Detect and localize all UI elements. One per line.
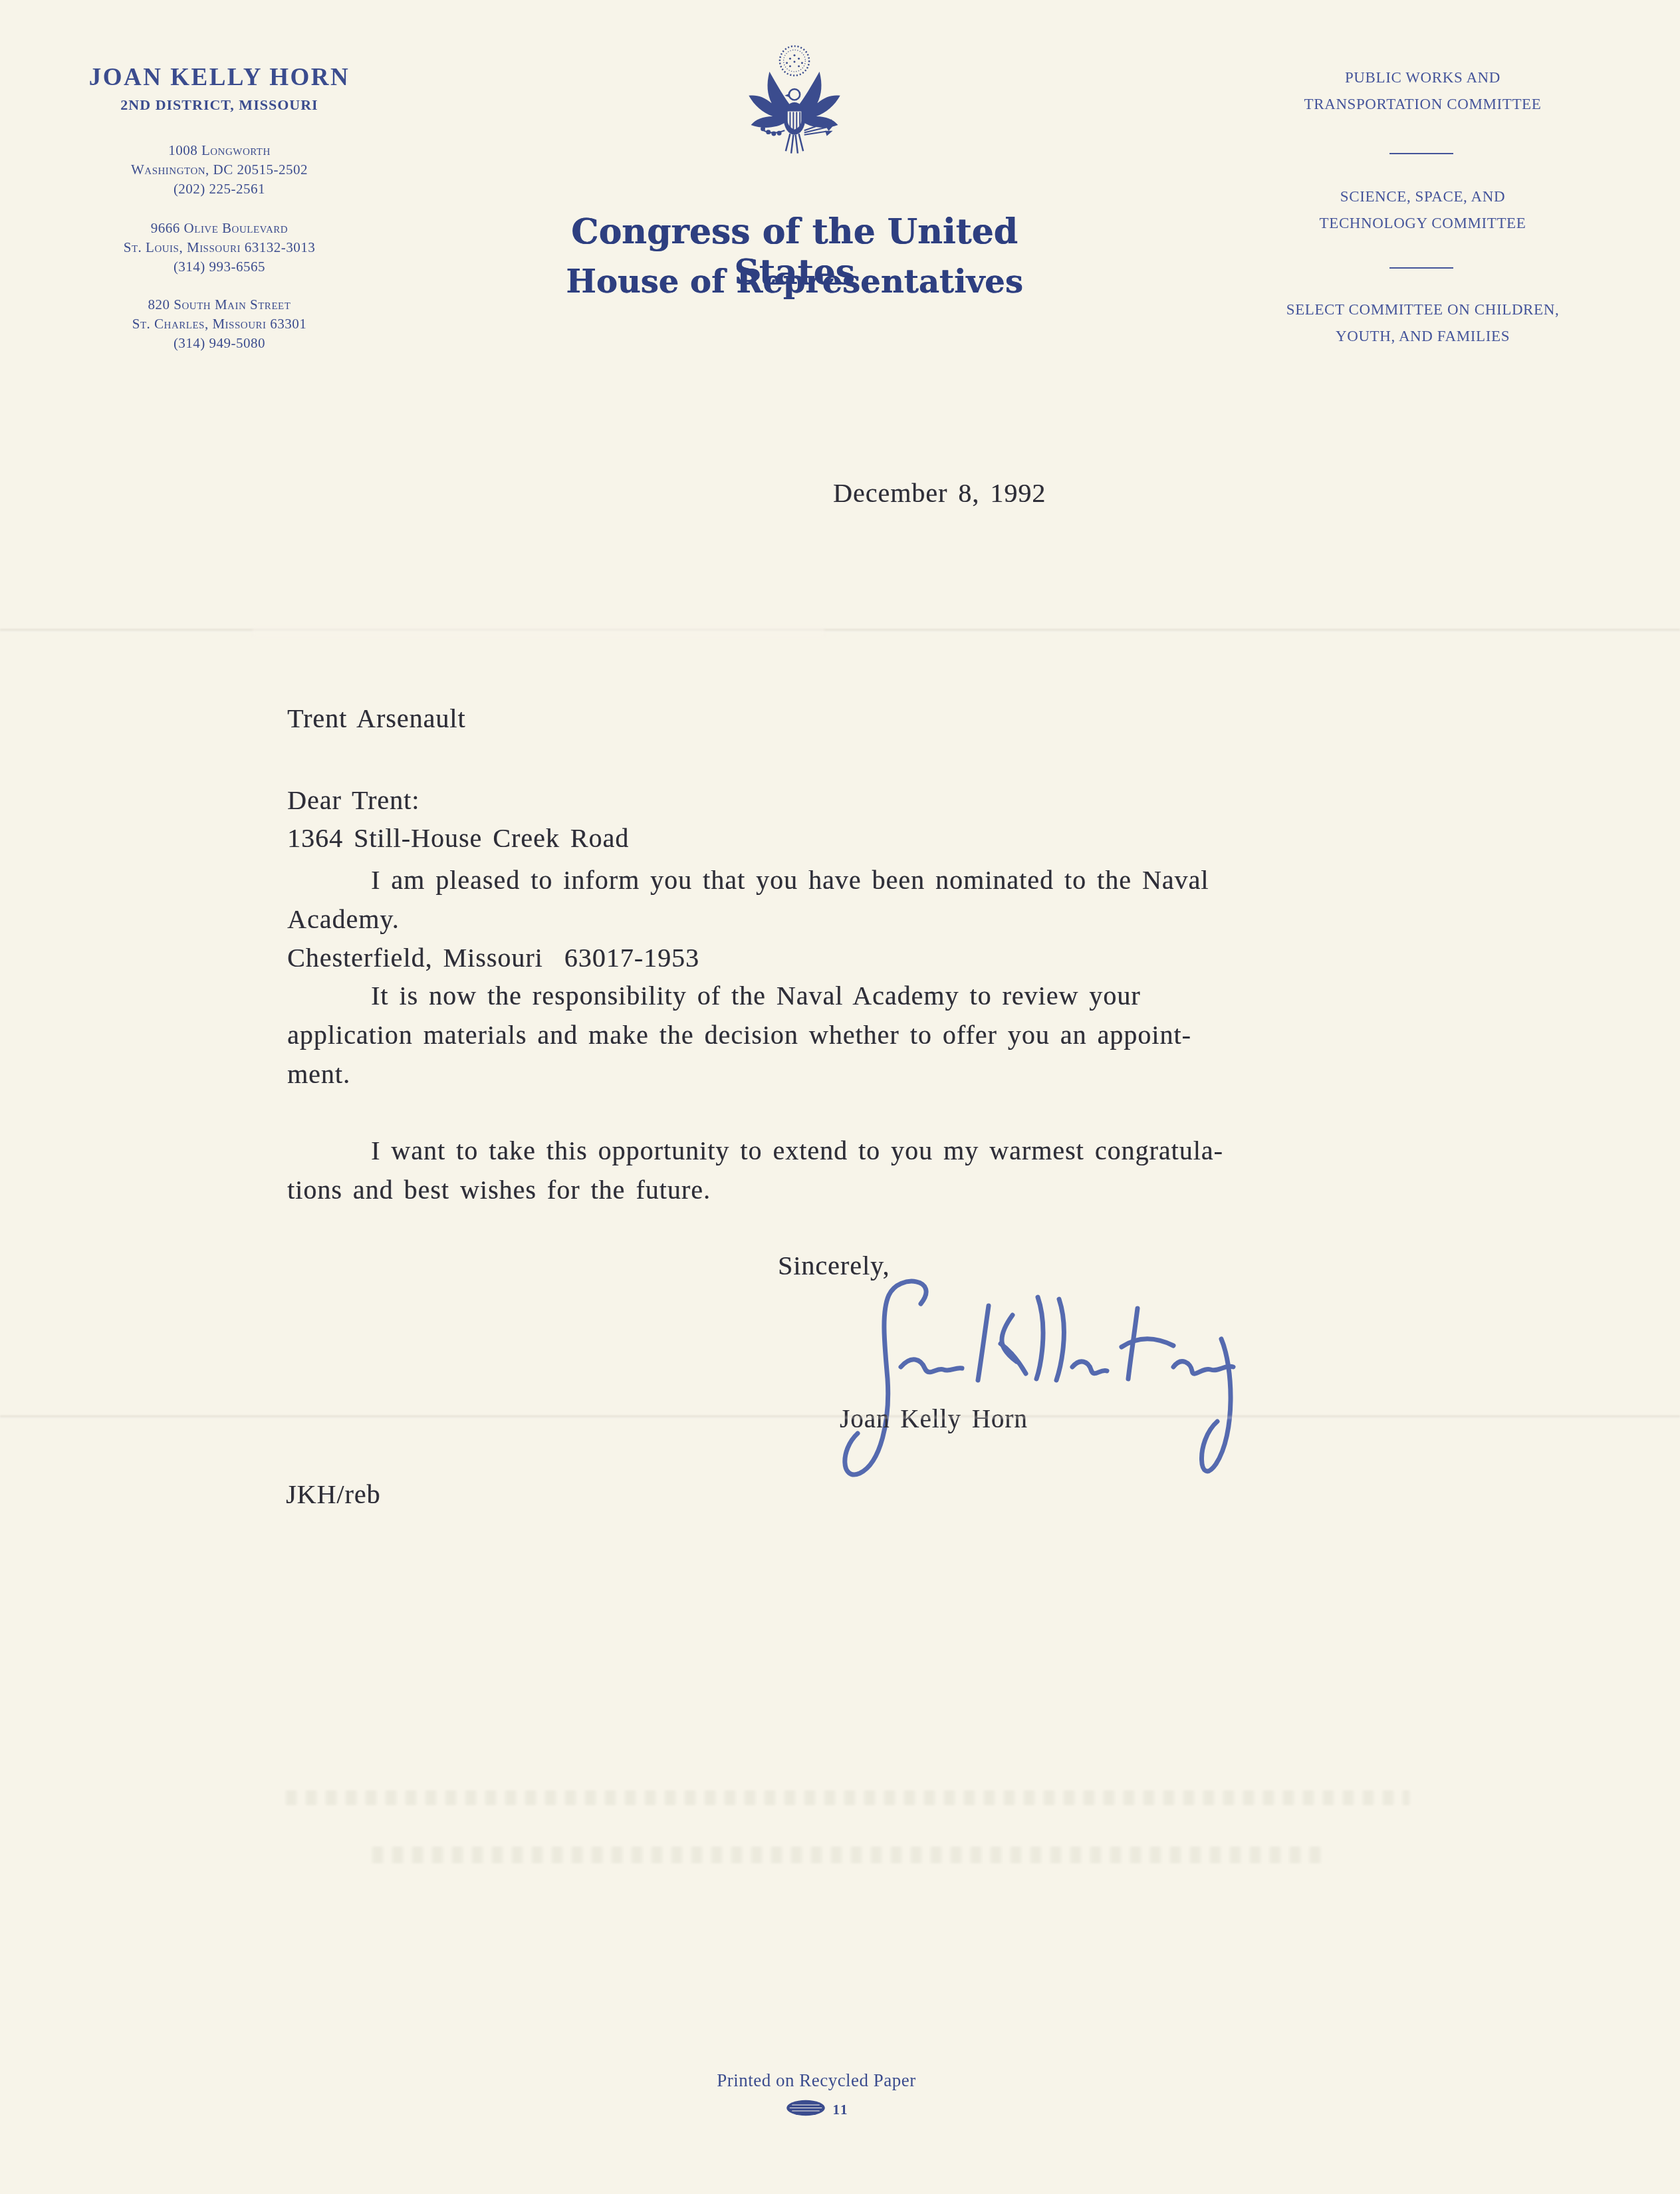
body-line: Academy. <box>287 900 1342 939</box>
recycled-paper-text: Printed on Recycled Paper <box>630 2070 1003 2091</box>
recipient-name: Trent Arsenault <box>287 699 699 739</box>
body-line: It is now the responsibility of the Nava… <box>287 976 1342 1015</box>
committee-divider <box>1389 153 1453 154</box>
body-line: tions and best wishes for the future. <box>287 1170 1342 1209</box>
body-line: I am pleased to inform you that you have… <box>287 860 1342 900</box>
recipient-street: 1364 Still-House Creek Road <box>287 818 699 858</box>
union-bug-icon <box>784 2099 827 2120</box>
bleed-through-band <box>372 1846 1323 1863</box>
committee-line: SCIENCE, SPACE, AND <box>1190 183 1655 210</box>
body-line: I want to take this opportunity to exten… <box>287 1131 1342 1170</box>
office-line: (314) 949-5080 <box>40 334 399 353</box>
committee-line: PUBLIC WORKS AND <box>1190 64 1655 91</box>
member-district: 2ND DISTRICT, MISSOURI <box>40 96 399 114</box>
office-line: (314) 993-6565 <box>40 257 399 277</box>
committee-line: TRANSPORTATION COMMITTEE <box>1190 91 1655 118</box>
committee-public-works: PUBLIC WORKS AND TRANSPORTATION COMMITTE… <box>1190 64 1655 118</box>
recipient-city-state-zip: Chesterfield, Missouri 63017-1953 <box>287 938 699 978</box>
body-paragraph: I am pleased to inform you that you have… <box>287 860 1342 939</box>
committee-line: SELECT COMMITTEE ON CHILDREN, <box>1190 297 1655 323</box>
member-block: JOAN KELLY HORN 2ND DISTRICT, MISSOURI 1… <box>40 64 399 353</box>
office-line: St. Louis, Missouri 63132-3013 <box>40 238 399 257</box>
fold-crease <box>0 1415 1680 1419</box>
office-line: 820 South Main Street <box>40 295 399 314</box>
office-line: (202) 225-2561 <box>40 180 399 199</box>
bleed-through-band <box>286 1790 1409 1805</box>
signature-typed-name: Joan Kelly Horn <box>840 1404 1028 1434</box>
committee-line: YOUTH, AND FAMILIES <box>1190 323 1655 350</box>
committee-line: TECHNOLOGY COMMITTEE <box>1190 210 1655 237</box>
office-block-stcharles: 820 South Main Street St. Charles, Misso… <box>40 295 399 353</box>
member-name: JOAN KELLY HORN <box>40 64 399 92</box>
office-line: St. Charles, Missouri 63301 <box>40 314 399 334</box>
fold-crease-fade <box>253 628 824 637</box>
salutation: Dear Trent: <box>287 785 420 816</box>
footer: Printed on Recycled Paper 11 <box>630 2070 1003 2120</box>
great-seal-eagle-icon <box>735 32 854 197</box>
union-bug-row: 11 <box>630 2099 1003 2120</box>
office-line: 1008 Longworth <box>40 141 399 160</box>
committee-science-space: SCIENCE, SPACE, AND TECHNOLOGY COMMITTEE <box>1190 183 1655 237</box>
typist-initials: JKH/reb <box>286 1479 381 1510</box>
union-bug-number: 11 <box>833 2102 849 2118</box>
signature-script <box>748 1267 1260 1493</box>
office-block-stlouis: 9666 Olive Boulevard St. Louis, Missouri… <box>40 219 399 277</box>
office-block-dc: 1008 Longworth Washington, DC 20515-2502… <box>40 141 399 199</box>
body-line: ment. <box>287 1054 1342 1094</box>
office-line: 9666 Olive Boulevard <box>40 219 399 238</box>
body-line: application materials and make the decis… <box>287 1015 1342 1054</box>
committee-children-youth: SELECT COMMITTEE ON CHILDREN, YOUTH, AND… <box>1190 297 1655 350</box>
org-house-title: House of Representatives <box>545 263 1044 301</box>
letter-page: JOAN KELLY HORN 2ND DISTRICT, MISSOURI 1… <box>0 0 1680 2194</box>
body-paragraph: I want to take this opportunity to exten… <box>287 1131 1342 1209</box>
date-line: December 8, 1992 <box>833 477 1046 509</box>
office-line: Washington, DC 20515-2502 <box>40 160 399 180</box>
body-paragraph: It is now the responsibility of the Nava… <box>287 976 1342 1094</box>
committee-divider <box>1389 267 1453 269</box>
